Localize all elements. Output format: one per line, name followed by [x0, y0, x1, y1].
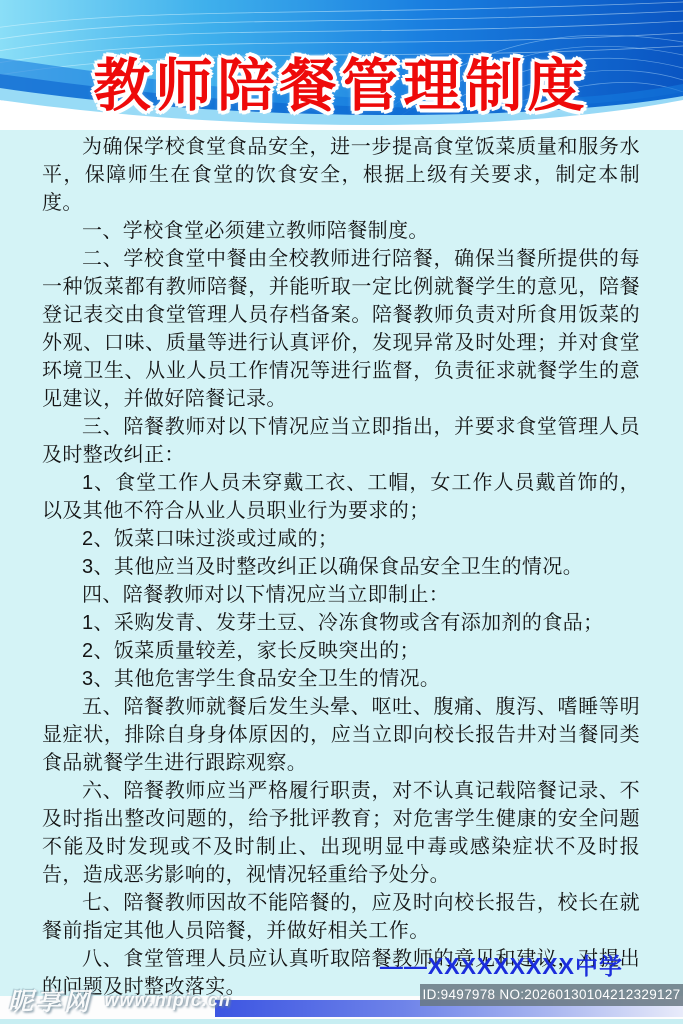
rule-4-item-2: 2、饭菜质量较差，家长反映突出的；	[42, 637, 640, 665]
rule-3-item-2: 2、饭菜口味过淡或过咸的；	[42, 525, 640, 553]
rule-7: 七、陪餐教师因故不能陪餐的，应及时向校长报告，校长在就餐前指定其他人员陪餐，并做…	[42, 889, 640, 945]
rule-4-item-1: 1、采购发青、发芽土豆、冷冻食物或含有添加剂的食品；	[42, 609, 640, 637]
intro-paragraph: 为确保学校食堂食品安全，进一步提高食堂饭菜质量和服务水平，保障师生在食堂的饮食安…	[42, 133, 640, 217]
rule-6: 六、陪餐教师应当严格履行职责，对不认真记载陪餐记录、不及时指出整改问题的，给予批…	[42, 777, 640, 889]
document-body: 为确保学校食堂食品安全，进一步提高食堂饭菜质量和服务水平，保障师生在食堂的饮食安…	[0, 129, 683, 1001]
image-id-badge: ID:9497978 NO:20260130104212329127	[420, 984, 683, 1006]
rule-4-item-3: 3、其他危害学生食品安全卫生的情况。	[42, 665, 640, 693]
rule-3-item-1: 1、食堂工作人员未穿戴工衣、工帽，女工作人员戴首饰的，以及其他不符合从业人员职业…	[42, 469, 640, 525]
rule-4: 四、陪餐教师对以下情况应当立即制止：	[42, 581, 640, 609]
site-watermark: 昵享网 www.nipic.cn	[8, 982, 231, 1018]
rule-3-item-3: 3、其他应当及时整改纠正以确保食品安全卫生的情况。	[42, 553, 640, 581]
rule-1: 一、学校食堂必须建立教师陪餐制度。	[42, 217, 640, 245]
signature-line: ——XXXXXXXXX中学	[380, 948, 623, 981]
rule-3: 三、陪餐教师对以下情况应当立即指出，并要求食堂管理人员及时整改纠正：	[42, 413, 640, 469]
watermark-site-url: www.nipic.cn	[104, 990, 230, 1010]
footer-bottom-edge	[0, 1019, 683, 1024]
watermark-site-name: 昵享网	[8, 988, 92, 1016]
poster-page: 教师陪餐管理制度 为确保学校食堂食品安全，进一步提高食堂饭菜质量和服务水平，保障…	[0, 0, 683, 1024]
poster-title: 教师陪餐管理制度	[0, 40, 683, 122]
rule-5: 五、陪餐教师就餐后发生头晕、呕吐、腹痛、腹泻、嗜睡等明显症状，排除自身身体原因的…	[42, 693, 640, 777]
header-banner: 教师陪餐管理制度	[0, 0, 683, 130]
rule-2: 二、学校食堂中餐由全校教师进行陪餐，确保当餐所提供的每一种饭菜都有教师陪餐，并能…	[42, 245, 640, 413]
